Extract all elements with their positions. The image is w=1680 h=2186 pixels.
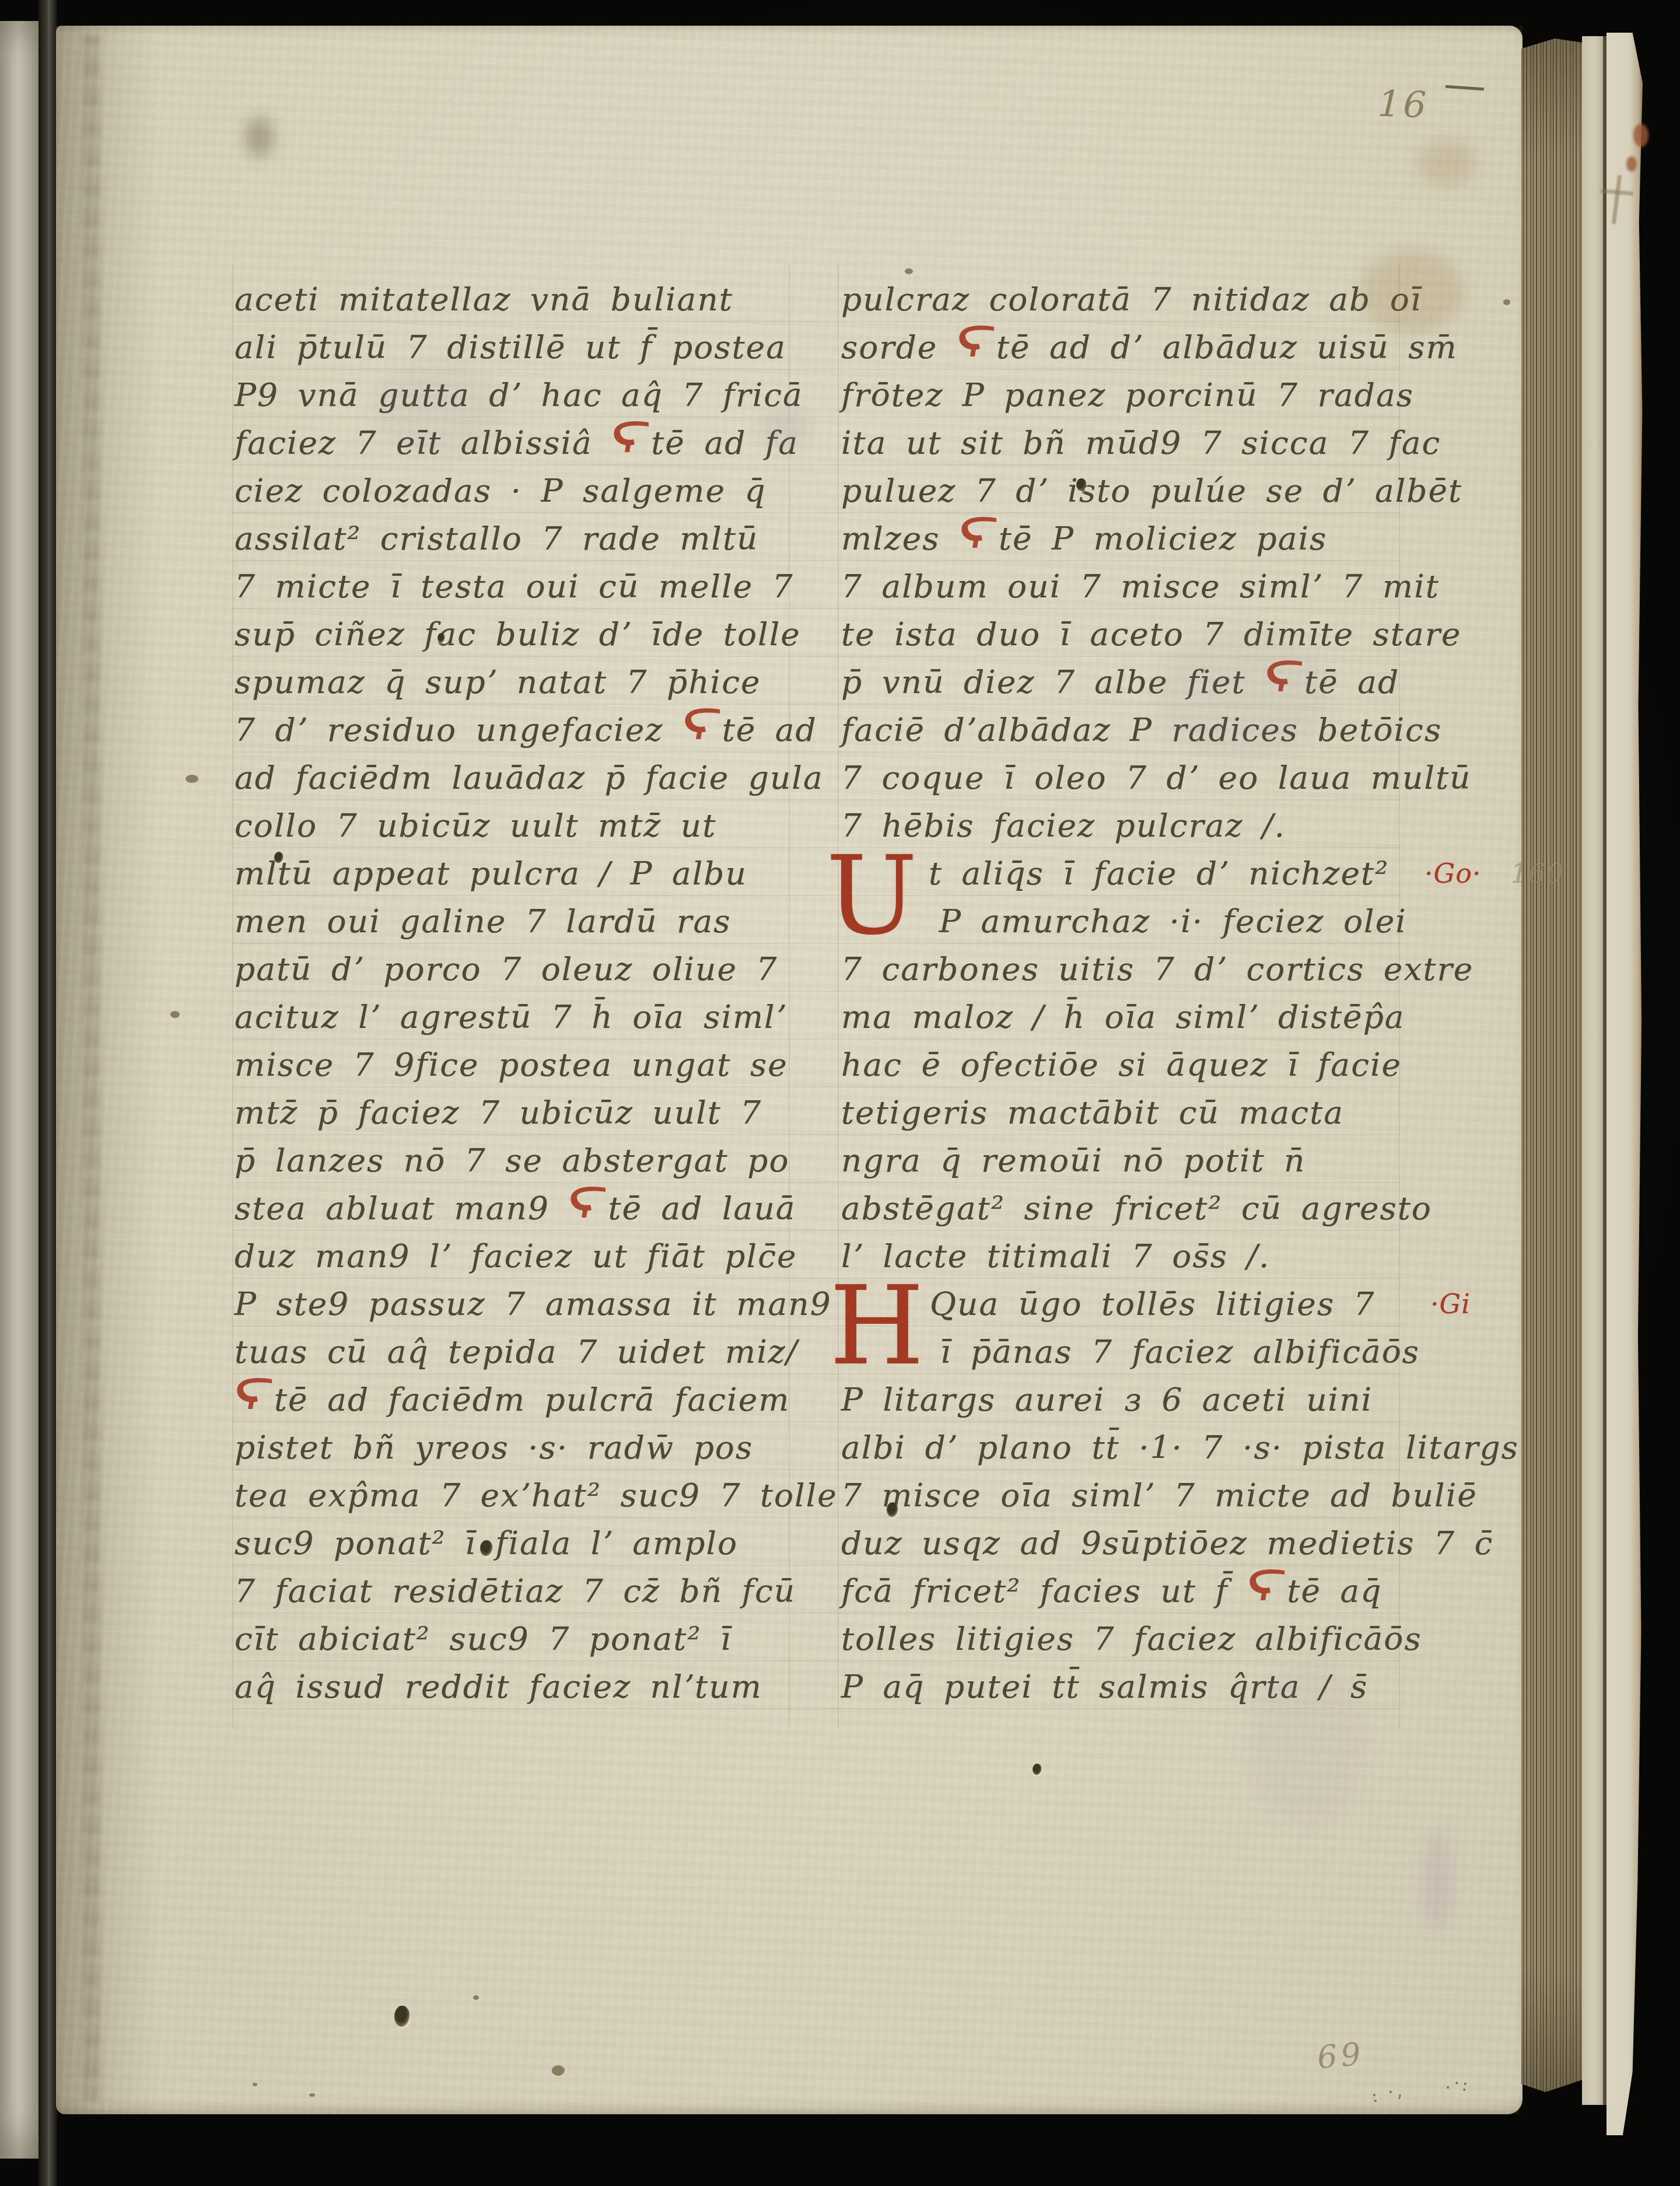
text-run: 7 album oui 7 misce simlʼ 7 mit [841,568,1440,605]
text-run: tea exp̂ma 7 exʼhat² suc9 7 tolle [235,1477,838,1514]
paper-stain [1155,630,1330,758]
gutter-crease [83,35,100,2100]
wormhole [887,1502,898,1517]
paper-stain [1423,1832,1452,1931]
manuscript-line: spumaz q̄ supʼ natat 7 p̄hice [235,658,786,706]
manuscript-line: ad faciēdm lauādaz p̄ facie gula [235,754,786,802]
text-run: tetigeris mactābit cū macta [841,1094,1344,1131]
ink-fleck [185,775,198,783]
text-run: acituz lʼ agrestū 7 h̄ oīa simlʼ [235,998,787,1036]
text-run: assilat² cristallo 7 rade mltū [235,520,759,557]
text-run: tolles litigies 7 faciez albificāōs [841,1620,1422,1657]
text-run: te ista duo ī aceto 7 dimīte stare [841,615,1462,653]
text-run: ita ut sit bñ mūd9 7 sicca 7 fac [841,424,1441,461]
manuscript-line: 7 faciat residētiaz 7 cz̄ bñ fcū [235,1567,786,1615]
text-run: tē ad faciēdm pulcrā faciem [274,1381,790,1418]
manuscript-line: HQua ūgo tollēs litigies 7·Gi [841,1280,1396,1328]
paper-stain [1417,140,1476,187]
manuscript-line: suc9 ponat² ī fiala lʼ amplo [235,1519,786,1567]
capitulum-mark [959,514,998,562]
margin-annotation: ·Go· [1424,849,1482,897]
text-run: collo 7 ubicūz uult mtz̄ ut [235,807,716,844]
manuscript-line: 7 coque ī oleo 7 dʼ eo laua multū [841,754,1396,802]
text-run: duz usqz ad 9sūptiōez medietis 7 c̄ [841,1524,1493,1562]
manuscript-line: P ste9 passuz 7 amassa it man9 [235,1280,786,1328]
manuscript-line: stea abluat man9 tē ad lauā [235,1184,786,1232]
text-run: tē aq̄ [1287,1572,1382,1610]
manuscript-line: ita ut sit bñ mūd9 7 sicca 7 fac [841,419,1396,467]
rust-spot [1633,124,1648,147]
manuscript-line: mtz̄ p̄ faciez 7 ubicūz uult 7 [235,1089,786,1136]
ruling-line [838,264,839,1728]
manuscript-line: Ut aliq̄s ī facie dʼ nichzet²·Go·160 [841,849,1396,897]
manuscript-line: P9 vnā gutta dʼ hac aq̂ 7 fricā [235,371,786,419]
wormhole [480,1540,493,1557]
text-run: frōtez P panez porcinū 7 radas [841,376,1414,414]
manuscript-line: p̄ lanzes nō 7 se abstergat po [235,1136,786,1184]
manuscript-line: puluez 7 dʼ isto pulúe se dʼ albēt [841,467,1396,515]
text-run: 7 micte ī testa oui cū melle 7 [235,568,794,605]
manuscript-line: aq̂ issud reddit faciez nlʼtum [235,1663,786,1711]
paper-stain [373,362,502,455]
manuscript-line: collo 7 ubicūz uult mtz̄ ut [235,802,786,849]
ink-fleck [552,2065,565,2076]
text-run: ciez colozadas · P salgeme q̄ [235,472,766,509]
manuscript-line: 7 misce oīa simlʼ 7 micte ad buliē [841,1471,1396,1519]
manuscript-line: patū dʼ porco 7 oleuz oliue 7 [235,945,786,993]
manuscript-line: ī p̄ānas 7 faciez albificāōs [841,1328,1396,1376]
text-run: mtz̄ p̄ faciez 7 ubicūz uult 7 [235,1094,762,1131]
manuscript-line: ciez colozadas · P salgeme q̄ [235,467,786,515]
manuscript-line: pulcraz coloratā 7 nitidaz ab oī [841,275,1396,323]
facing-page-edge [0,21,41,2159]
paper-stain [245,117,274,158]
manuscript-line: sup̄ ciñez fac buliz dʼ īde tolle [235,610,786,658]
capitulum-mark [682,705,721,753]
text-run: tē ad lauā [608,1190,796,1227]
text-run: ad faciēdm lauādaz p̄ facie gula [235,759,824,796]
text-run: mlzes [841,520,959,557]
text-run: Qua ūgo tollēs litigies 7 [930,1285,1375,1323]
manuscript-line: 7 album oui 7 misce simlʼ 7 mit [841,562,1396,610]
text-run: ali p̄tulū 7 distillē ut f̄ postea [235,328,786,366]
text-run: 7 coque ī oleo 7 dʼ eo laua multū [841,759,1472,796]
text-run: sorde [841,328,957,366]
text-run: P litargs aurei з 6 aceti uini [841,1381,1373,1418]
text-run: tē ad [722,711,817,749]
paper-stain [1359,251,1464,333]
left-text-column: aceti mitatellaz vnā buliantali p̄tulū 7… [235,275,786,1711]
text-run: 7 faciat residētiaz 7 cz̄ bñ fcū [235,1572,796,1610]
fore-edge-stack [1521,39,1582,2092]
text-run: puluez 7 dʼ isto pulúe se dʼ albēt [841,472,1462,509]
manuscript-line: faciez 7 eīt albissiâ tē ad fa [235,419,786,467]
manuscript-line: tē ad faciēdm pulcrā faciem [235,1376,786,1423]
manuscript-photo: 16 69 : ·, .·: aceti mitatellaz vnā buli… [0,0,1680,2186]
text-run: tē P moliciez pais [999,520,1327,557]
manuscript-line: P amurchaz ·i· feciez olei [841,897,1396,945]
margin-annotation: 160 [1511,849,1564,897]
text-run: pulcraz coloratā 7 nitidaz ab oī [841,281,1422,318]
wormhole [1032,1764,1042,1775]
manuscript-line: assilat² cristallo 7 rade mltū [235,515,786,562]
manuscript-line: men oui galine 7 lardū ras [235,897,786,945]
right-text-column: pulcraz coloratā 7 nitidaz ab oīsorde tē… [841,275,1396,1711]
text-run: 7 carbones uitis 7 dʼ cortics extre [841,950,1473,988]
text-run: stea abluat man9 [235,1190,568,1227]
text-run: sup̄ ciñez fac buliz dʼ īde tolle [235,615,801,653]
capitulum-mark [568,1184,607,1232]
text-run: mltū appeat pulcra / P albu [235,855,747,892]
manuscript-line: sorde tē ad dʼ albāduz uisū sm̄ [841,323,1396,371]
manuscript-line: 7 hēbis faciez pulcraz /. [841,802,1396,849]
manuscript-line: 7 carbones uitis 7 dʼ cortics extre [841,945,1396,993]
manuscript-line: tuas cū aq̂ tepida 7 uidet miz/ [235,1328,786,1376]
wormhole [394,2006,410,2027]
manuscript-line: acituz lʼ agrestū 7 h̄ oīa simlʼ [235,993,786,1041]
text-run: P9 vnā gutta dʼ hac aq̂ 7 fricā [235,376,803,414]
text-run: fcā fricet² facies ut f̄ [841,1572,1247,1610]
manuscript-line: frōtez P panez porcinū 7 radas [841,371,1396,419]
manuscript-line: albi dʼ plano tt̄ ·1· 7 ·s· pista litarg… [841,1423,1396,1471]
manuscript-line: fcā fricet² facies ut f̄ tē aq̄ [841,1567,1396,1615]
wormhole [274,852,283,863]
manuscript-line: mltū appeat pulcra / P albu [235,849,786,897]
text-run: hac ē ofectiōe si āquez ī facie [841,1046,1402,1083]
manuscript-line: abstēgat² sine fricet² cū agresto [841,1184,1396,1232]
manuscript-line: pistet bñ yreos ·s· radw̄ pos [235,1423,786,1471]
manuscript-line: 7 micte ī testa oui cū melle 7 [235,562,786,610]
under-page-edge [1582,36,1606,2105]
text-run: aceti mitatellaz vnā buliant [235,281,733,318]
ink-fleck [170,1011,180,1018]
text-run: spumaz q̄ supʼ natat 7 p̄hice [235,663,761,701]
text-run: aq̂ issud reddit faciez nlʼtum [235,1668,762,1705]
ink-fleck [253,2083,257,2086]
manuscript-line: P litargs aurei з 6 aceti uini [841,1376,1396,1423]
text-run: albi dʼ plano tt̄ ·1· 7 ·s· pista litarg… [841,1429,1519,1466]
text-run: pistet bñ yreos ·s· radw̄ pos [235,1429,753,1466]
ruling-line [232,264,233,1728]
wormhole [437,633,445,643]
text-run: faciē dʼalbādaz P radices betōics [841,711,1442,749]
text-run: ma maloz / h̄ oīa simlʼ distēp̂a [841,998,1405,1036]
manuscript-line: hac ē ofectiōe si āquez ī facie [841,1041,1396,1089]
manuscript-line: ali p̄tulū 7 distillē ut f̄ postea [235,323,786,371]
ink-fleck [1503,299,1510,305]
text-run: misce 7 9fice postea ungat se [235,1046,788,1083]
manuscript-line: mlzes tē P moliciez pais [841,515,1396,562]
text-run: duz man9 lʼ faciez ut fiāt plc̄e [235,1237,797,1275]
text-run: 7 dʼ residuo ungefaciez [235,711,682,749]
manuscript-line: ngra q̄ remoūi nō potit n̄ [841,1136,1396,1184]
text-run: 7 misce oīa simlʼ 7 micte ad buliē [841,1477,1478,1514]
manuscript-line: tolles litigies 7 faciez albificāōs [841,1615,1396,1663]
manuscript-line: tetigeris mactābit cū macta [841,1089,1396,1136]
back-page-edge [1606,33,1643,2135]
text-run: P amurchaz ·i· feciez olei [939,903,1407,940]
ink-fleck [905,268,913,274]
text-run: tuas cū aq̂ tepida 7 uidet miz/ [235,1333,798,1370]
paper-stain [758,408,811,449]
manuscript-line: duz man9 lʼ faciez ut fiāt plc̄e [235,1232,786,1280]
folio-number: 16 [1377,82,1429,127]
manuscript-line: ma maloz / h̄ oīa simlʼ distēp̂a [841,993,1396,1041]
manuscript-line: duz usqz ad 9sūptiōez medietis 7 c̄ [841,1519,1396,1567]
manuscript-line: te ista duo ī aceto 7 dimīte stare [841,610,1396,658]
text-run: p̄ lanzes nō 7 se abstergat po [235,1142,790,1179]
text-run: patū dʼ porco 7 oleuz oliue 7 [235,950,778,988]
binding-clamp-edge [38,0,57,2186]
text-run: ī p̄ānas 7 faciez albificāōs [940,1333,1420,1370]
paper-stain [1248,1663,1365,1826]
manuscript-line: 7 dʼ residuo ungefaciez tē ad [235,706,786,754]
text-run: cīt abiciat² suc9 7 ponat² ī [235,1620,732,1657]
text-run: men oui galine 7 lardū ras [235,903,731,940]
ink-fleck [473,1995,479,2000]
capitulum-mark [1247,1566,1286,1614]
text-run: t aliq̄s ī facie dʼ nichzet² [929,855,1389,892]
corner-number: 69 [1315,2035,1366,2076]
capitulum-mark [235,1375,273,1423]
text-run: ngra q̄ remoūi nō potit n̄ [841,1142,1306,1179]
text-run: tē ad dʼ albāduz uisū sm̄ [996,328,1458,366]
wormhole [1076,478,1087,491]
manuscript-line: aceti mitatellaz vnā buliant [235,275,786,323]
bottom-scribble: .·: [1444,2070,1472,2096]
ink-fleck [309,2093,315,2097]
text-run: abstēgat² sine fricet² cū agresto [841,1190,1432,1227]
rust-spot [1626,156,1637,172]
margin-annotation: ·Gi [1430,1280,1471,1328]
manuscript-line: cīt abiciat² suc9 7 ponat² ī [235,1615,786,1663]
manuscript-line: misce 7 9fice postea ungat se [235,1041,786,1089]
capitulum-mark [611,418,650,466]
capitulum-mark [957,323,995,370]
text-run: P ste9 passuz 7 amassa it man9 [235,1285,832,1323]
manuscript-line: tea exp̂ma 7 exʼhat² suc9 7 tolle [235,1471,786,1519]
